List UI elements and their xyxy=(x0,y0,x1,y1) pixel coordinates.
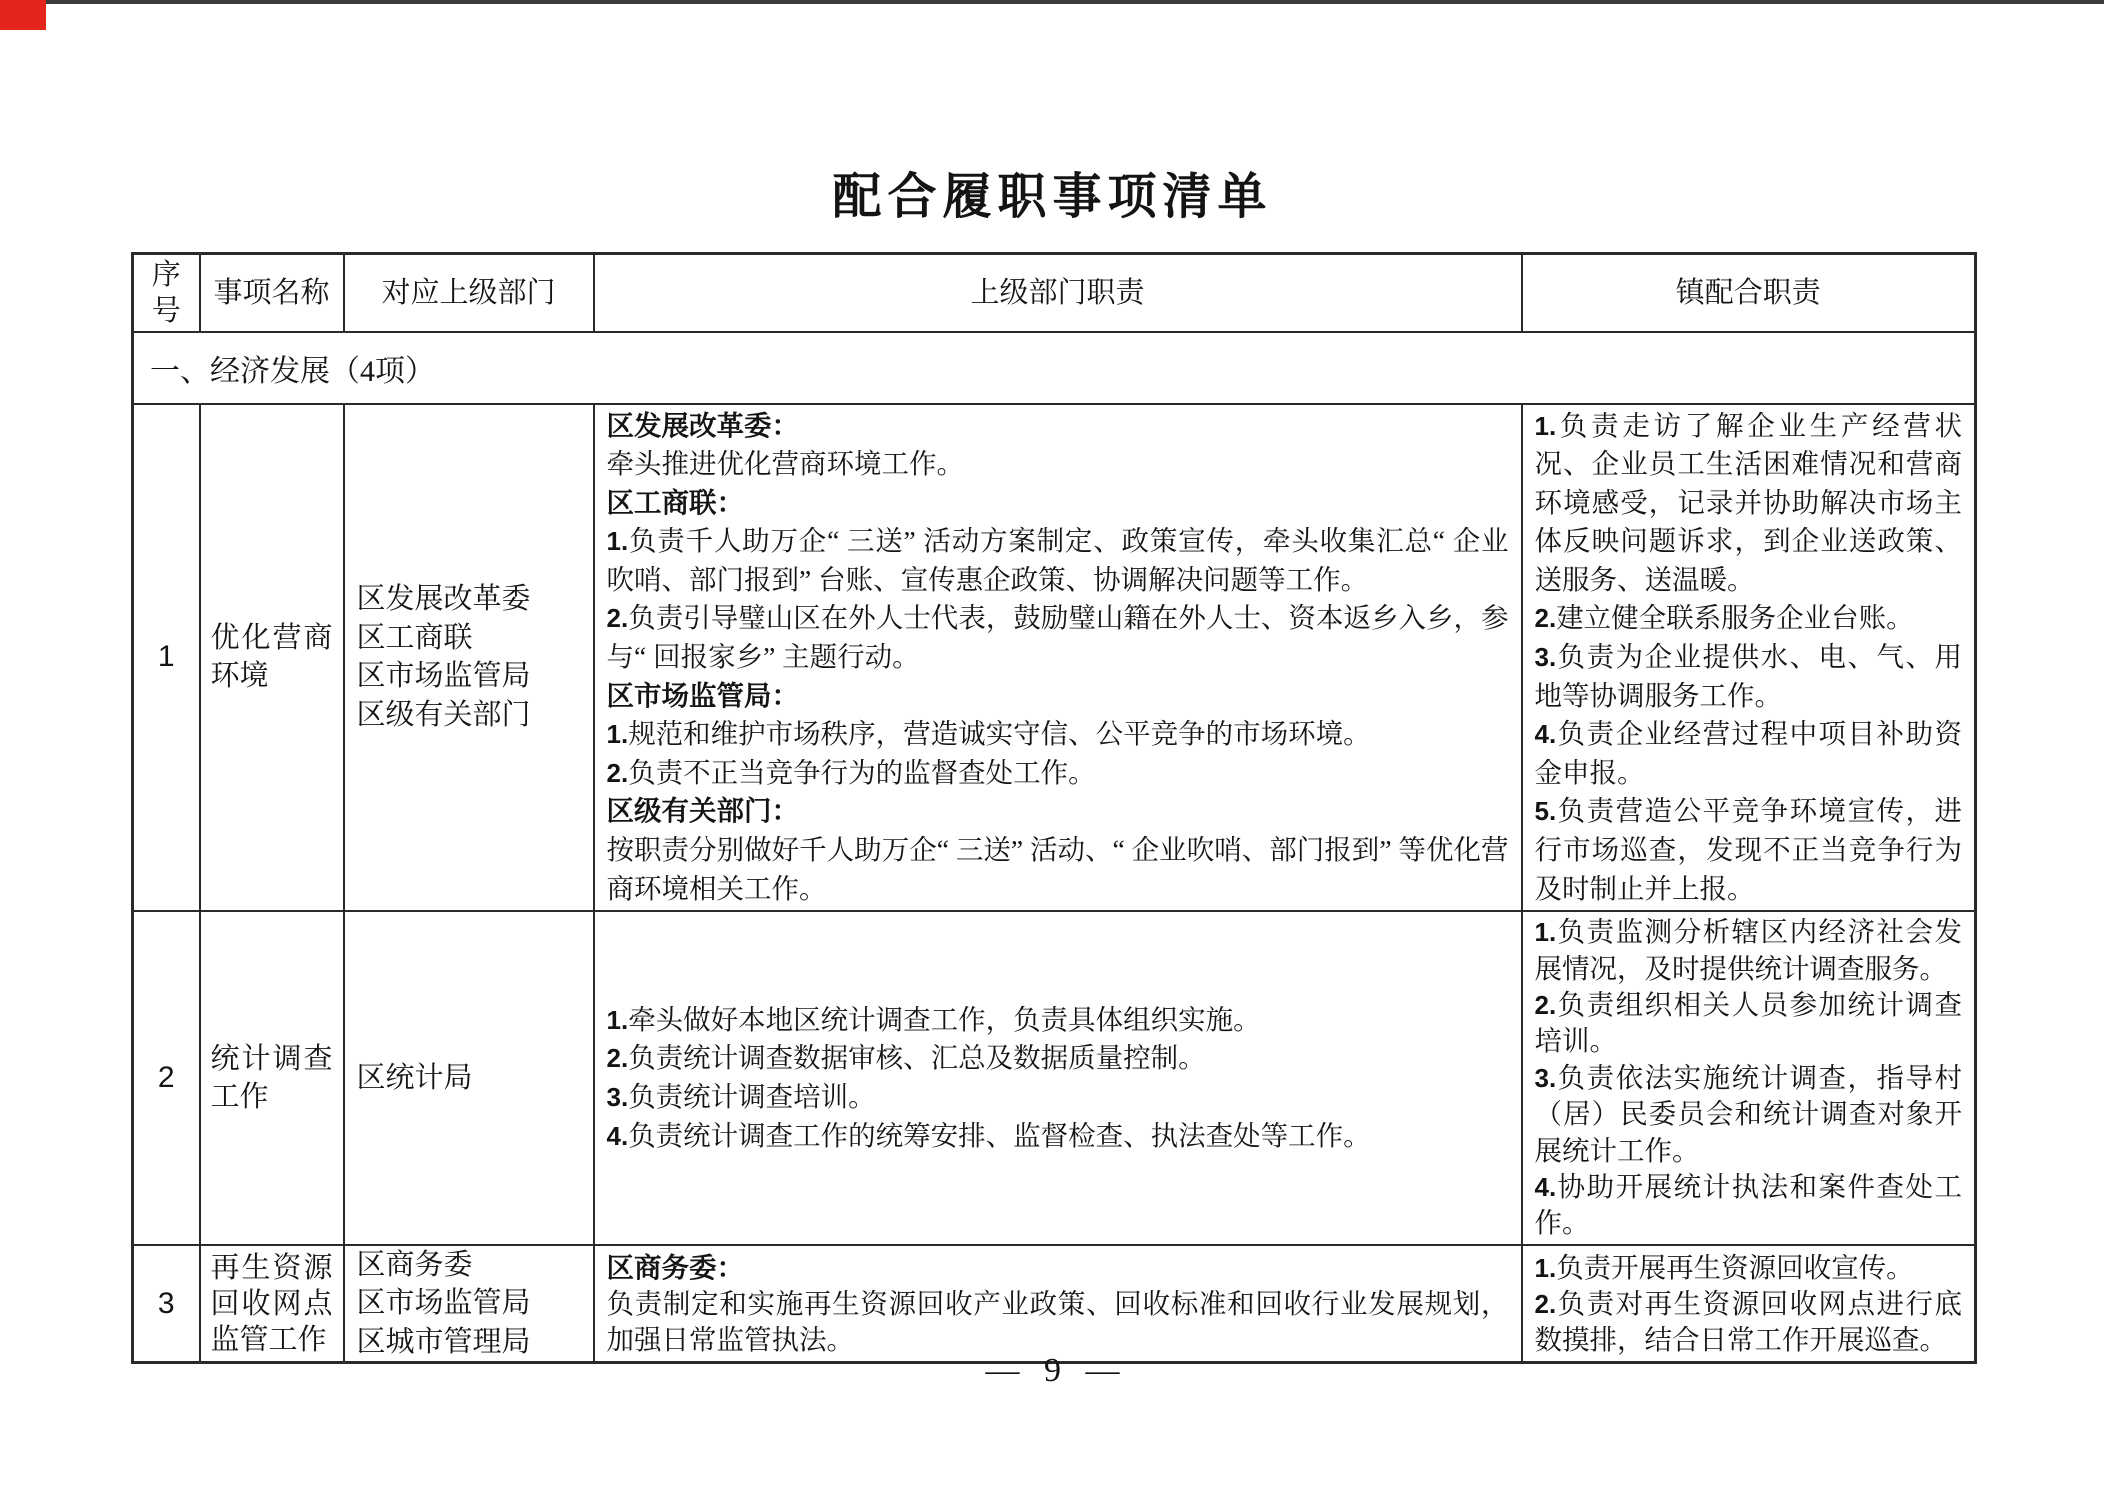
seq-header-line2: 号 xyxy=(152,295,181,327)
duty-paragraph: 3.负责依法实施统计调查，指导村（居）民委员会和统计调查对象开展统计工作。 xyxy=(1535,1060,1963,1169)
town-duties-cell: 1.负责监测分析辖区内经济社会发展情况，及时提供统计调查服务。 2.负责组织相关… xyxy=(1522,911,1976,1245)
duty-text: 负责营造公平竞争环境宣传，进行市场巡查，发现不正当竞争行为及时制止并上报。 xyxy=(1535,795,1963,903)
duty-text: 建立健全联系服务企业台账。 xyxy=(1556,602,1914,633)
duty-text: 牵头推进优化营商环境工作。 xyxy=(607,448,965,479)
duty-text: 负责开展再生资源回收宣传。 xyxy=(1556,1252,1914,1283)
duty-paragraph: 区级有关部门： xyxy=(607,792,1509,831)
duty-paragraph: 3.负责统计调查培训。 xyxy=(607,1078,1509,1117)
town-duties-cell: 1.负责开展再生资源回收宣传。 2.负责对再生资源回收网点进行底数摸排，结合日常… xyxy=(1522,1245,1976,1363)
duty-text: 负责组织相关人员参加统计调查培训。 xyxy=(1535,989,1963,1056)
duty-number: 2. xyxy=(607,758,629,788)
duty-paragraph: 2.负责统计调查数据审核、汇总及数据质量控制。 xyxy=(607,1039,1509,1078)
duty-paragraph: 4.协助开展统计执法和案件查处工作。 xyxy=(1535,1169,1963,1242)
duty-paragraph: 1.负责千人助万企“ 三送” 活动方案制定、政策宣传，牵头收集汇总“ 企业吹哨、… xyxy=(607,522,1509,599)
duty-text: 负责引导璧山区在外人士代表，鼓励璧山籍在外人士、资本返乡入乡，参与“ 回报家乡”… xyxy=(607,602,1509,672)
departments-cell: 区统计局 xyxy=(344,911,594,1245)
duty-bold-heading: 区商务委： xyxy=(607,1252,745,1283)
duty-text: 负责依法实施统计调查，指导村（居）民委员会和统计调查对象开展统计工作。 xyxy=(1535,1062,1963,1166)
duty-paragraph: 按职责分别做好千人助万企“ 三送” 活动、“ 企业吹哨、部门报到” 等优化营商环… xyxy=(607,831,1509,908)
red-corner-marker xyxy=(0,0,46,30)
duty-text: 负责统计调查工作的统筹安排、监督检查、执法查处等工作。 xyxy=(628,1120,1371,1151)
duty-text: 负责不正当竞争行为的监督查处工作。 xyxy=(628,757,1096,788)
duty-number: 2. xyxy=(1535,1289,1557,1319)
seq-cell: 2 xyxy=(133,911,200,1245)
duty-text: 负责企业经营过程中项目补助资金申报。 xyxy=(1535,718,1963,788)
superior-duties-cell: 区发展改革委： 牵头推进优化营商环境工作。 区工商联： 1.负责千人助万企“ 三… xyxy=(594,404,1522,912)
duty-number: 2. xyxy=(607,603,629,633)
section-title: 一、经济发展（4项） xyxy=(133,332,1976,404)
duty-text: 负责千人助万企“ 三送” 活动方案制定、政策宣传，牵头收集汇总“ 企业吹哨、部门… xyxy=(607,525,1509,595)
table-row-2: 2 统计调查工作 区统计局 1.牵头做好本地区统计调查工作，负责具体组织实施。 … xyxy=(133,911,1976,1245)
duty-paragraph: 3.负责为企业提供水、电、气、用地等协调服务工作。 xyxy=(1535,638,1963,715)
duty-bold-heading: 区市场监管局： xyxy=(607,680,800,711)
duty-number: 1. xyxy=(607,719,629,749)
duty-text: 协助开展统计执法和案件查处工作。 xyxy=(1535,1171,1963,1238)
department-item: 区工商联 xyxy=(357,619,581,658)
duty-number: 2. xyxy=(1535,603,1557,633)
duty-number: 2. xyxy=(1535,990,1557,1020)
table-row-3: 3 再生资源回收网点监管工作 区商务委 区市场监管局 区城市管理局 区商务委： … xyxy=(133,1245,1976,1363)
duty-text: 按职责分别做好千人助万企“ 三送” 活动、“ 企业吹哨、部门报到” 等优化营商环… xyxy=(607,834,1509,904)
duty-paragraph: 2.负责引导璧山区在外人士代表，鼓励璧山籍在外人士、资本返乡入乡，参与“ 回报家… xyxy=(607,599,1509,676)
duty-paragraph: 2.负责对再生资源回收网点进行底数摸排，结合日常工作开展巡查。 xyxy=(1535,1286,1963,1358)
table-header-row: 序号 事项名称 对应上级部门 上级部门职责 镇配合职责 xyxy=(133,254,1976,332)
duty-text: 负责统计调查数据审核、汇总及数据质量控制。 xyxy=(628,1042,1206,1073)
department-item: 区市场监管局 xyxy=(357,657,581,696)
duty-paragraph: 2.建立健全联系服务企业台账。 xyxy=(1535,599,1963,638)
duty-text: 规范和维护市场秩序，营造诚实守信、公平竞争的市场环境。 xyxy=(628,718,1371,749)
duty-paragraph: 2.负责组织相关人员参加统计调查培训。 xyxy=(1535,987,1963,1060)
duty-number: 1. xyxy=(1535,917,1557,947)
duty-text: 牵头做好本地区统计调查工作，负责具体组织实施。 xyxy=(628,1004,1261,1035)
duty-paragraph: 区工商联： xyxy=(607,484,1509,523)
seq-cell: 1 xyxy=(133,404,200,912)
item-name-cell: 再生资源回收网点监管工作 xyxy=(200,1245,344,1363)
duty-paragraph: 1.负责走访了解企业生产经营状况、企业员工生活困难情况和营商环境感受，记录并协助… xyxy=(1535,407,1963,600)
duty-number: 1. xyxy=(1535,1253,1557,1283)
department-item: 区商务委 xyxy=(357,1246,581,1285)
duty-paragraph: 4.负责统计调查工作的统筹安排、监督检查、执法查处等工作。 xyxy=(607,1117,1509,1156)
column-header-superior-duties: 上级部门职责 xyxy=(594,254,1522,332)
section-row: 一、经济发展（4项） xyxy=(133,332,1976,404)
duty-number: 3. xyxy=(1535,1063,1557,1093)
duty-number: 2. xyxy=(607,1043,629,1073)
duty-paragraph: 负责制定和实施再生资源回收产业政策、回收标准和回收行业发展规划，加强日常监管执法… xyxy=(607,1286,1509,1358)
column-header-name: 事项名称 xyxy=(200,254,344,332)
duty-paragraph: 牵头推进优化营商环境工作。 xyxy=(607,445,1509,484)
seq-header-line1: 序 xyxy=(152,259,181,291)
departments-cell: 区发展改革委 区工商联 区市场监管局 区级有关部门 xyxy=(344,404,594,912)
top-edge-line xyxy=(0,0,2104,4)
duty-number: 4. xyxy=(1535,1172,1557,1202)
duty-number: 4. xyxy=(607,1121,629,1151)
duty-number: 4. xyxy=(1535,719,1557,749)
duty-bold-heading: 区发展改革委： xyxy=(607,410,800,441)
duty-number: 5. xyxy=(1535,796,1557,826)
town-duties-cell: 1.负责走访了解企业生产经营状况、企业员工生活困难情况和营商环境感受，记录并协助… xyxy=(1522,404,1976,912)
duty-paragraph: 1.牵头做好本地区统计调查工作，负责具体组织实施。 xyxy=(607,1001,1509,1040)
table-row-1: 1 优化营商环境 区发展改革委 区工商联 区市场监管局 区级有关部门 区发展改革… xyxy=(133,404,1976,912)
duty-paragraph: 1.负责监测分析辖区内经济社会发展情况，及时提供统计调查服务。 xyxy=(1535,914,1963,987)
item-name-cell: 优化营商环境 xyxy=(200,404,344,912)
department-item: 区市场监管局 xyxy=(357,1284,581,1323)
column-header-town-duties: 镇配合职责 xyxy=(1522,254,1976,332)
duty-paragraph: 区市场监管局： xyxy=(607,677,1509,716)
duty-number: 3. xyxy=(1535,642,1557,672)
duty-text: 负责监测分析辖区内经济社会发展情况，及时提供统计调查服务。 xyxy=(1535,916,1963,983)
department-item: 区统计局 xyxy=(357,1059,581,1098)
duty-paragraph: 1.规范和维护市场秩序，营造诚实守信、公平竞争的市场环境。 xyxy=(607,715,1509,754)
duty-bold-heading: 区工商联： xyxy=(607,487,745,518)
duty-number: 3. xyxy=(607,1082,629,1112)
superior-duties-cell: 区商务委： 负责制定和实施再生资源回收产业政策、回收标准和回收行业发展规划，加强… xyxy=(594,1245,1522,1363)
duty-number: 1. xyxy=(607,526,629,556)
duty-text: 负责统计调查培训。 xyxy=(628,1081,876,1112)
duty-paragraph: 1.负责开展再生资源回收宣传。 xyxy=(1535,1250,1963,1286)
document-title: 配合履职事项清单 xyxy=(131,158,1974,228)
duty-paragraph: 4.负责企业经营过程中项目补助资金申报。 xyxy=(1535,715,1963,792)
column-header-departments: 对应上级部门 xyxy=(344,254,594,332)
duty-text: 负责走访了解企业生产经营状况、企业员工生活困难情况和营商环境感受，记录并协助解决… xyxy=(1535,410,1963,595)
duty-paragraph: 区商务委： xyxy=(607,1250,1509,1286)
duty-number: 1. xyxy=(607,1005,629,1035)
duty-text: 负责制定和实施再生资源回收产业政策、回收标准和回收行业发展规划，加强日常监管执法… xyxy=(607,1288,1509,1355)
item-name-cell: 统计调查工作 xyxy=(200,911,344,1245)
duty-paragraph: 5.负责营造公平竞争环境宣传，进行市场巡查，发现不正当竞争行为及时制止并上报。 xyxy=(1535,792,1963,908)
superior-duties-cell: 1.牵头做好本地区统计调查工作，负责具体组织实施。 2.负责统计调查数据审核、汇… xyxy=(594,911,1522,1245)
duty-paragraph: 区发展改革委： xyxy=(607,407,1509,446)
duties-table: 序号 事项名称 对应上级部门 上级部门职责 镇配合职责 一、经济发展（4项） 1… xyxy=(131,252,1977,1364)
duty-text: 负责对再生资源回收网点进行底数摸排，结合日常工作开展巡查。 xyxy=(1535,1288,1963,1355)
duty-bold-heading: 区级有关部门： xyxy=(607,795,800,826)
duty-number: 1. xyxy=(1535,411,1557,441)
column-header-seq: 序号 xyxy=(133,254,200,332)
duty-text: 负责为企业提供水、电、气、用地等协调服务工作。 xyxy=(1535,641,1963,711)
duty-paragraph: 2.负责不正当竞争行为的监督查处工作。 xyxy=(607,754,1509,793)
seq-cell: 3 xyxy=(133,1245,200,1363)
department-item: 区发展改革委 xyxy=(357,580,581,619)
departments-cell: 区商务委 区市场监管局 区城市管理局 xyxy=(344,1245,594,1363)
department-item: 区级有关部门 xyxy=(357,696,581,735)
page-number: — 9 — xyxy=(131,1352,1974,1390)
